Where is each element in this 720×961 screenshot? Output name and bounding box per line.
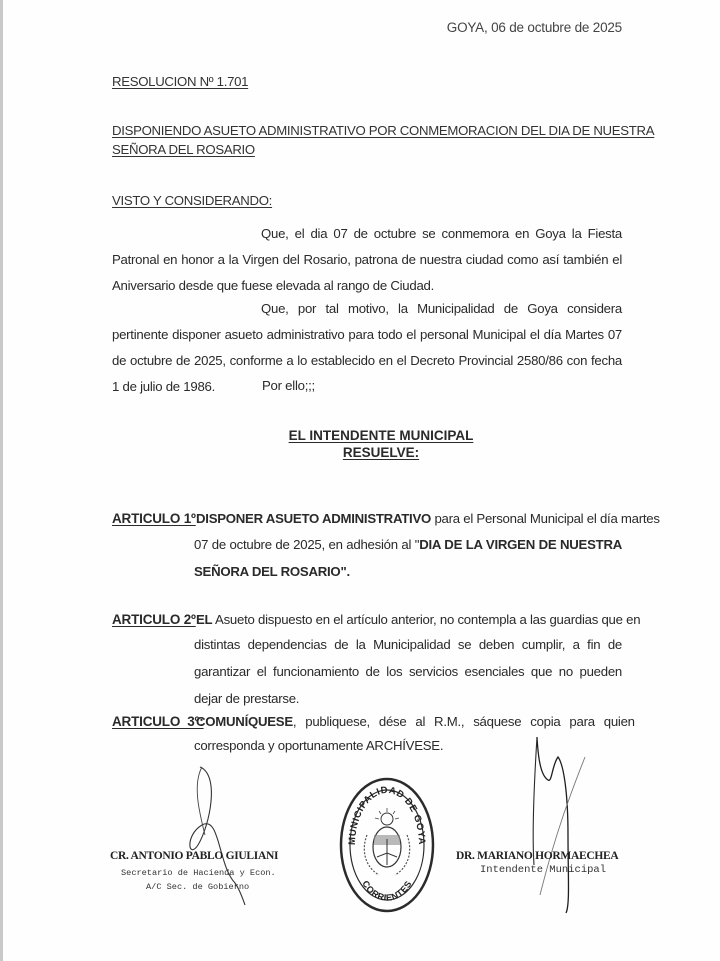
article-3-first-line: COMUNÍQUESE, publiquese, dése al R.M., s…: [196, 714, 635, 729]
signature-scribble-right: [520, 735, 620, 925]
resolves-verb: RESUELVE:: [343, 445, 419, 460]
article-2-first-line: EL Asueto dispuesto en el artículo anter…: [196, 612, 640, 627]
place-date: GOYA, 06 de octubre de 2025: [447, 20, 622, 35]
signer-left-title-1: Secretario de Hacienda y Econ.: [121, 868, 276, 878]
article-2-body: distintas dependencias de la Municipalid…: [194, 631, 622, 712]
consideration-paragraph-1: Que, el dia 07 de octubre se conmemora e…: [112, 221, 622, 299]
signer-right-title: Intendente Municipal: [480, 864, 606, 876]
resolves-block: EL INTENDENTE MUNICIPAL RESUELVE:: [0, 427, 720, 461]
considerations-heading: VISTO Y CONSIDERANDO:: [112, 193, 272, 208]
article-1-first-line: DISPONER ASUETO ADMINISTRATIVO para el P…: [196, 511, 660, 526]
consideration-paragraph-2: Que, por tal motivo, la Municipalidad de…: [112, 296, 622, 400]
municipal-seal-icon: MUNICIPALIDAD DE GOYA CORRIENTES: [337, 775, 437, 915]
article-1-body: 07 de octubre de 2025, en adhesión al "D…: [194, 531, 622, 585]
svg-text:CORRIENTES: CORRIENTES: [360, 879, 413, 903]
authority-title: EL INTENDENTE MUNICIPAL: [289, 428, 474, 443]
signer-right-name: DR. MARIANO HORMAECHEA: [456, 850, 618, 862]
signature-scribble-left: [180, 765, 260, 915]
subject-line-1: DISPONIENDO ASUETO ADMINISTRATIVO POR CO…: [112, 123, 654, 138]
resolution-number: RESOLUCION Nº 1.701: [112, 74, 248, 89]
page-edge: [0, 0, 3, 961]
closing-phrase: Por ello;;;: [262, 378, 315, 393]
article-3-label: ARTICULO 3º:: [112, 714, 204, 729]
signer-left-title-2: A/C Sec. de Gobierno: [146, 882, 249, 892]
signer-left-name: CR. ANTONIO PABLO GIULIANI: [110, 850, 278, 862]
subject-line-2: SEÑORA DEL ROSARIO: [112, 142, 255, 157]
document-page: GOYA, 06 de octubre de 2025 RESOLUCION N…: [0, 0, 720, 961]
article-2-label: ARTICULO 2º:: [112, 612, 199, 627]
article-1-label: ARTICULO 1º:: [112, 511, 199, 526]
